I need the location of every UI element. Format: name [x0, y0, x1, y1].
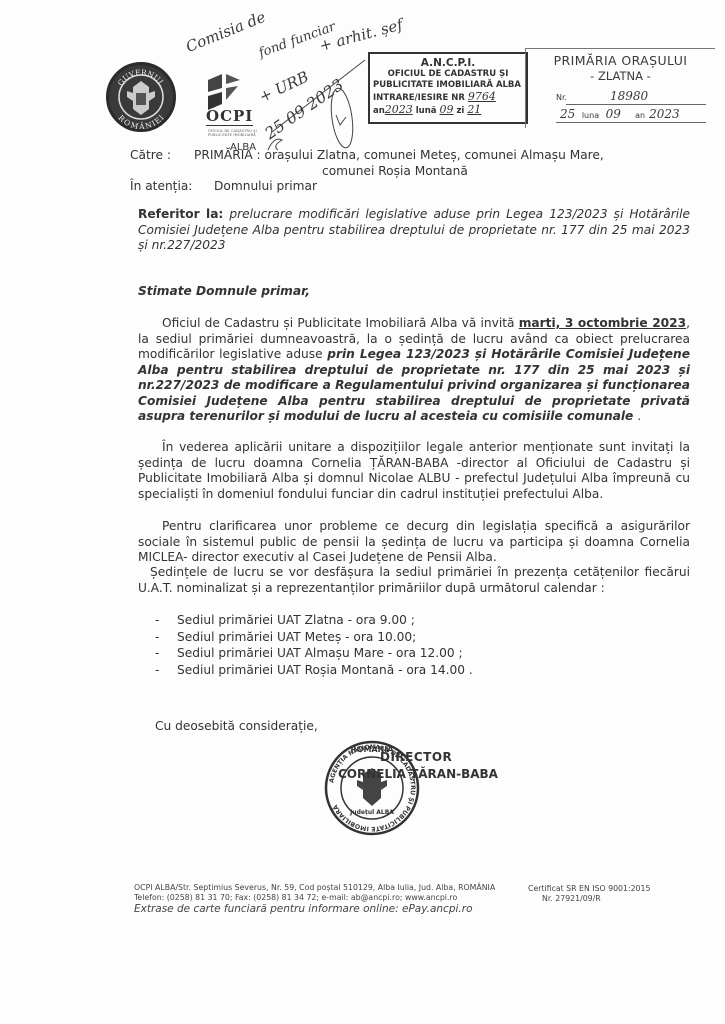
entry-number: 9764 — [468, 90, 496, 103]
attention-value: Domnului primar — [214, 179, 317, 193]
day-value: 25 — [560, 107, 575, 121]
footer-address: OCPI ALBA/Str. Septimius Severus, Nr. 59… — [134, 883, 495, 893]
footer-contact: Telefon: (0258) 81 31 70; Fax: (0258) 81… — [134, 893, 495, 903]
meeting-date: marti, 3 octombrie 2023 — [519, 316, 686, 330]
schedule-item-text: Sediul primăriei UAT Meteș - ora 10.00; — [177, 630, 416, 644]
certificate-line2: Nr. 27921/09/R — [528, 894, 650, 904]
stamp-line1: OFICIUL DE CADASTRU ȘI — [370, 69, 526, 80]
paragraph-schedule-intro: Ședințele de lucru se vor desfășura la s… — [138, 565, 690, 596]
paragraph-invitees: În vederea aplicării unitare a dispoziți… — [138, 440, 690, 502]
addressee-block: Către :PRIMĂRIA : orașului Zlatna, comun… — [130, 148, 604, 195]
signature-title: DIRECTOR — [380, 750, 452, 764]
schedule-item-text: Sediul primăriei UAT Roșia Montană - ora… — [177, 663, 473, 677]
year-label: an — [373, 106, 385, 116]
schedule-item-text: Sediul primăriei UAT Almașu Mare - ora 1… — [177, 646, 463, 660]
nr-value: 18980 — [610, 89, 648, 103]
bullet: - — [155, 662, 177, 679]
seal-center-text: Județul ALBA — [349, 809, 394, 816]
stamp-line2: PUBLICITATE IMOBILIARĂ ALBA — [370, 80, 526, 91]
iso-certificate: Certificat SR EN ISO 9001:2015 Nr. 27921… — [528, 884, 650, 904]
stamp-title: A.N.C.P.I. — [370, 58, 526, 69]
paragraph-invitation: Oficiul de Cadastru și Publicitate Imobi… — [138, 316, 690, 425]
paragraph-pensions: Pentru clarificarea unor probleme ce dec… — [138, 519, 690, 566]
list-item: -Sediul primăriei UAT Almașu Mare - ora … — [155, 645, 473, 662]
signature-name: CORNELIA ȚĂRAN-BABA — [338, 767, 498, 781]
month-value: 09 — [606, 107, 621, 121]
certificate-line1: Certificat SR EN ISO 9001:2015 — [528, 884, 650, 894]
month-label: lună — [416, 106, 437, 116]
government-seal-icon: GUVERNUL ROMÂNIEI — [106, 62, 176, 132]
primaria-date-row: 25 luna 09 an2023 — [556, 107, 684, 121]
year-value: 2023 — [385, 103, 413, 116]
bullet: - — [155, 629, 177, 646]
svg-text:ROMÂNIEI: ROMÂNIEI — [116, 113, 165, 129]
attention-label: În atenția: — [130, 179, 214, 195]
year-label: an — [635, 111, 645, 120]
year-value: 2023 — [649, 107, 680, 121]
day-label: zi — [456, 106, 464, 116]
ocpi-subtitle: OFICIUL DE CADASTRU ȘI PUBLICITATE IMOBI… — [208, 129, 268, 137]
primaria-stamp-title: PRIMĂRIA ORAȘULUI — [526, 53, 715, 68]
nr-label: Nr. — [556, 93, 567, 102]
month-label: luna — [582, 111, 599, 120]
reference-label: Referitor la: — [138, 207, 223, 221]
footer: OCPI ALBA/Str. Septimius Severus, Nr. 59… — [134, 883, 495, 916]
bullet: - — [155, 612, 177, 629]
schedule-item-text: Sediul primăriei UAT Zlatna - ora 9.00 ; — [177, 613, 415, 627]
closing: Cu deosebită considerație, — [155, 719, 318, 735]
entry-label: INTRARE/IESIRE NR — [373, 93, 465, 103]
ocpi-logo: OCPI OFICIUL DE CADASTRU ȘI PUBLICITATE … — [196, 62, 276, 157]
ocpi-name: OCPI — [206, 108, 253, 126]
schedule-intro-text: Ședințele de lucru se vor desfășura la s… — [138, 565, 690, 595]
stamp-date-row: an2023 lună 09 zi 21 — [370, 104, 526, 117]
bullet: - — [155, 645, 177, 662]
month-value: 09 — [440, 103, 454, 116]
ocpi-mark-icon — [204, 70, 244, 112]
footer-epay: Extrase de carte funciară pentru informa… — [134, 903, 495, 916]
pensions-text: Pentru clarificarea unor probleme ce dec… — [138, 519, 690, 564]
letter-page: GUVERNUL ROMÂNIEI OCPI OFICIUL DE CADAST… — [0, 0, 725, 1024]
list-item: -Sediul primăriei UAT Roșia Montană - or… — [155, 662, 473, 679]
handwritten-note-line1: Comisia de — [183, 8, 268, 56]
invitation-intro: Oficiul de Cadastru și Publicitate Imobi… — [162, 316, 519, 330]
schedule-list: -Sediul primăriei UAT Zlatna - ora 9.00 … — [155, 612, 473, 678]
list-item: -Sediul primăriei UAT Zlatna - ora 9.00 … — [155, 612, 473, 629]
list-item: -Sediul primăriei UAT Meteș - ora 10.00; — [155, 629, 473, 646]
primaria-stamp-city: - ZLATNA - — [526, 69, 715, 83]
primaria-registration-stamp: PRIMĂRIA ORAȘULUI - ZLATNA - Nr. 18980 2… — [525, 48, 715, 128]
invitation-end: . — [633, 409, 641, 423]
reference-block: Referitor la: prelucrare modificări legi… — [138, 207, 690, 254]
ancpi-registration-stamp: A.N.C.P.I. OFICIUL DE CADASTRU ȘI PUBLIC… — [368, 52, 528, 124]
greeting: Stimate Domnule primar, — [138, 284, 310, 300]
day-value: 21 — [467, 103, 481, 116]
to-label: Către : — [130, 148, 194, 164]
invitees-text: În vederea aplicării unitare a dispoziți… — [138, 440, 690, 501]
to-value-line2: comunei Roșia Montană — [130, 164, 604, 180]
to-value: PRIMĂRIA : orașului Zlatna, comunei Mete… — [194, 148, 604, 162]
seal-bottom-text: ROMÂNIEI — [116, 113, 165, 129]
